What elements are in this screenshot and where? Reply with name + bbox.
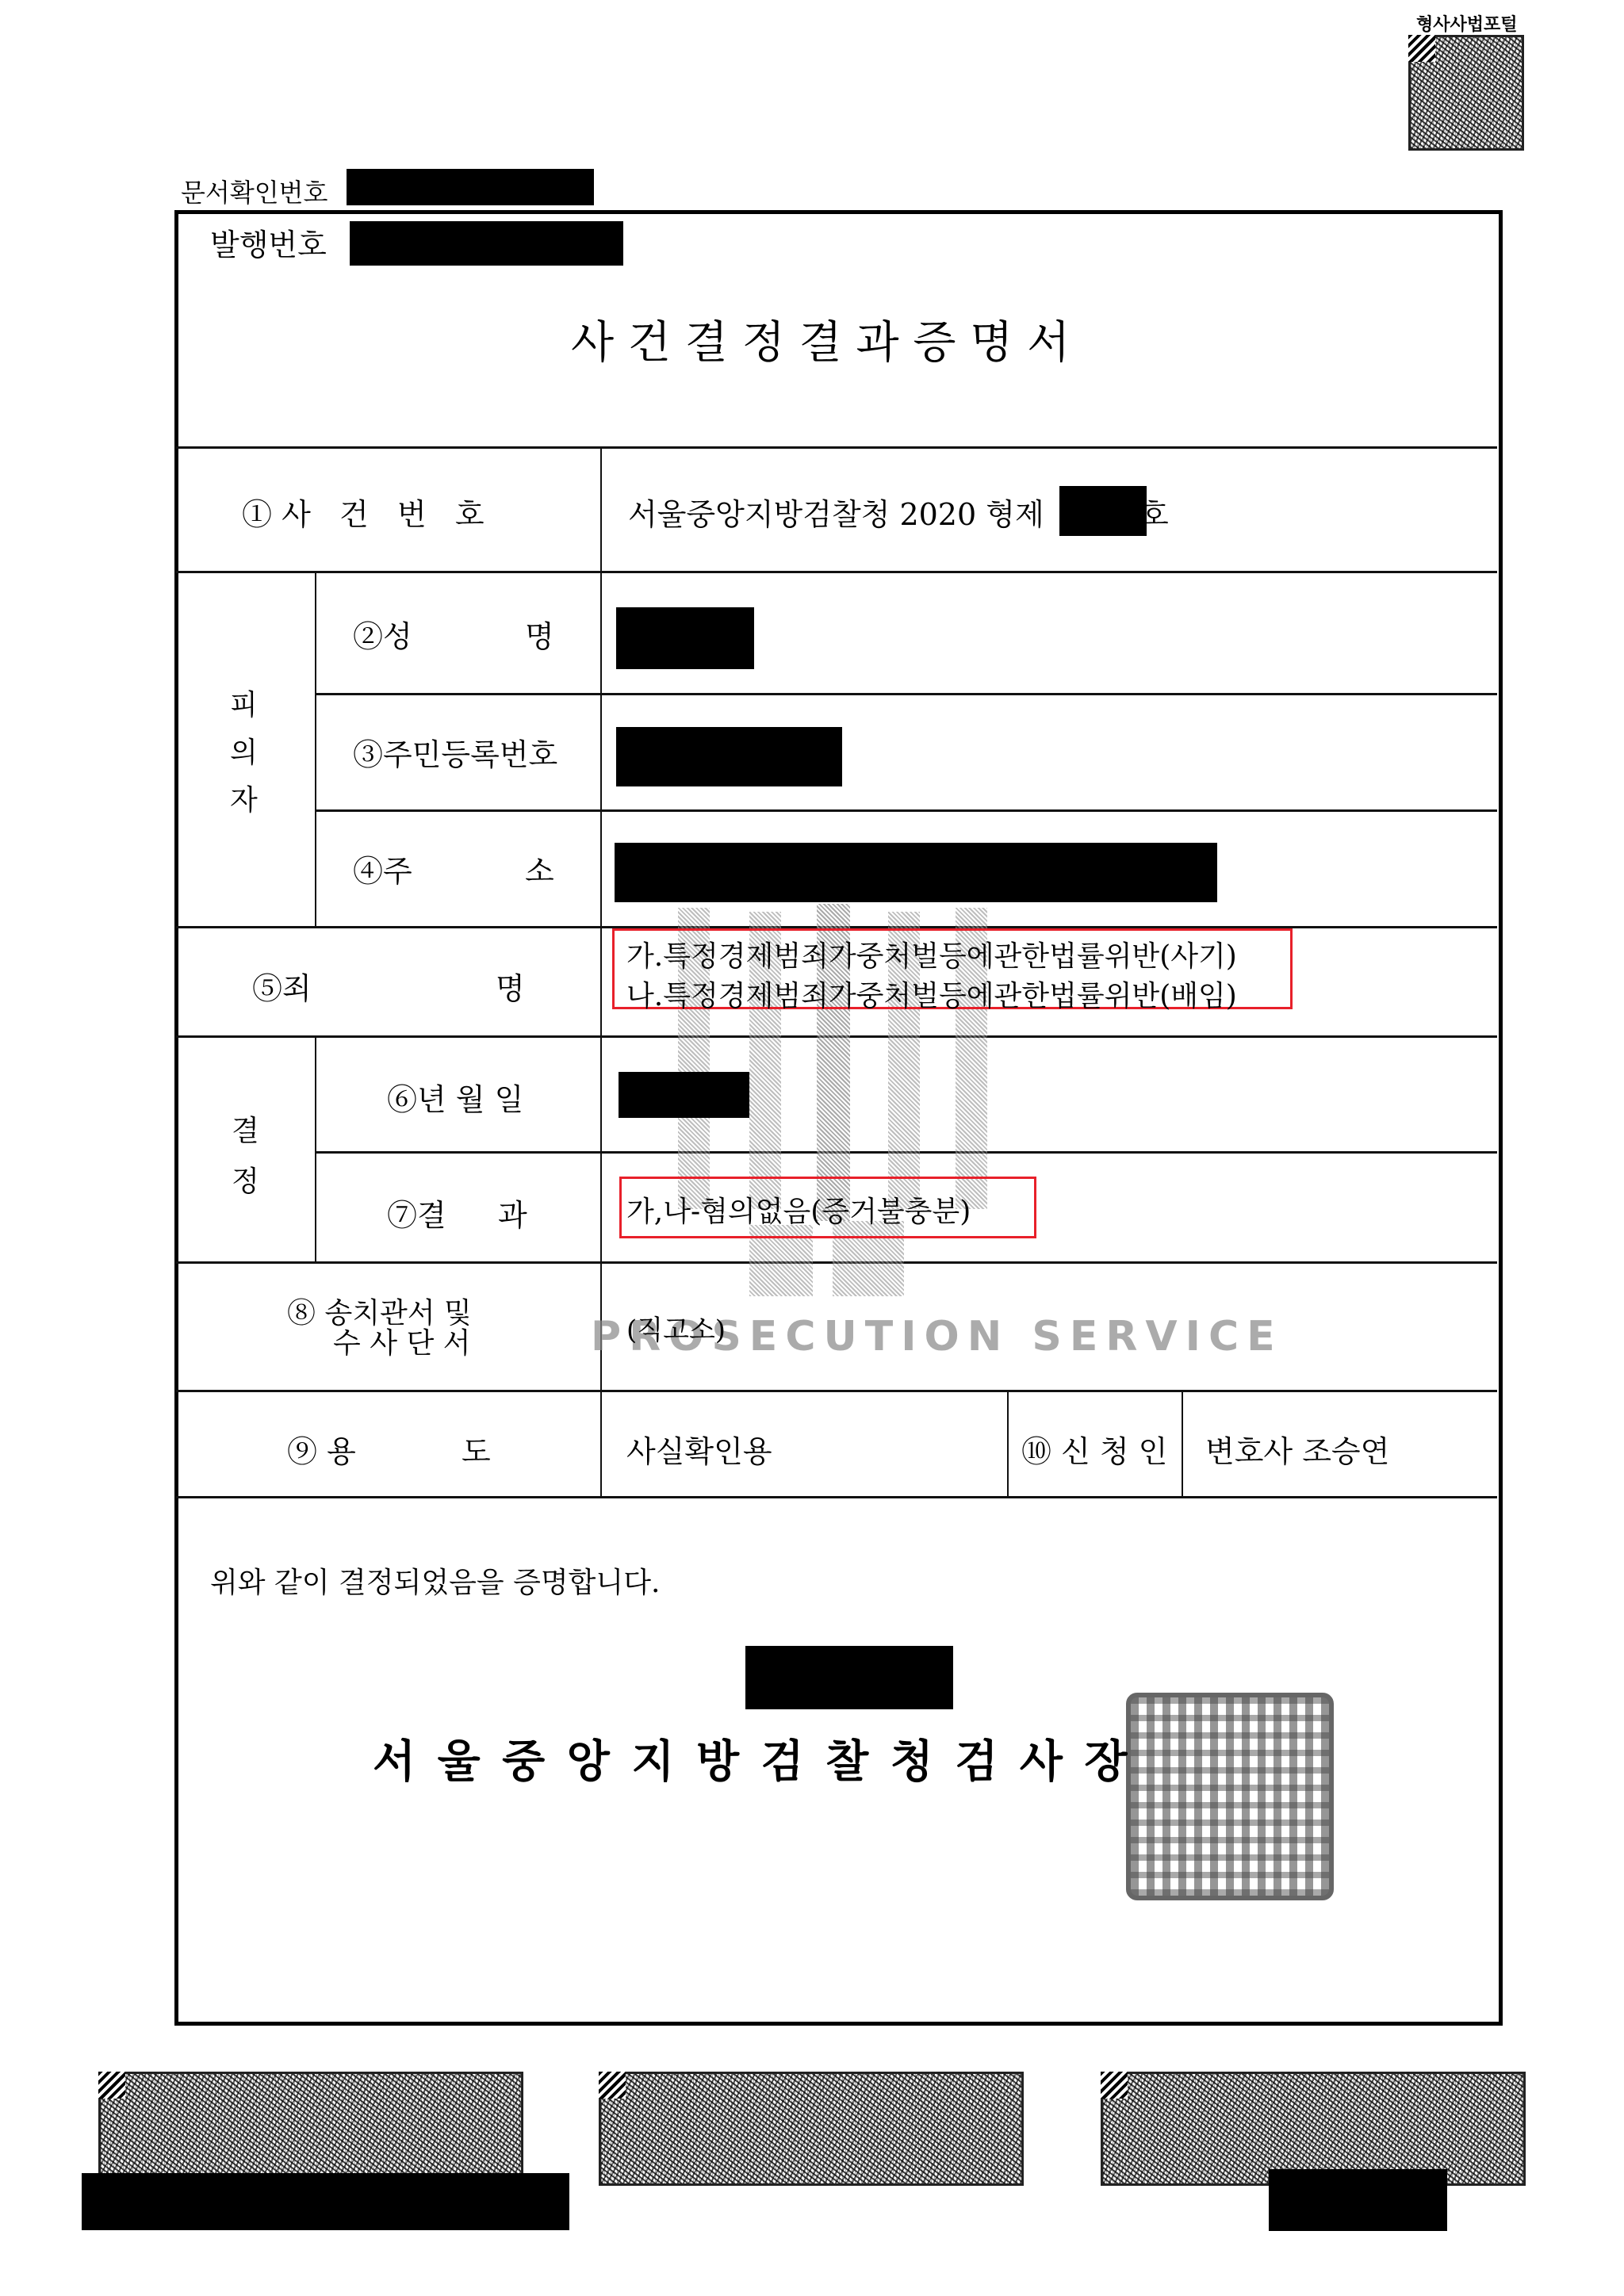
- office-value: (직고소): [626, 1308, 726, 1347]
- issue-no-redaction: [350, 221, 623, 266]
- case-no-redaction: [1059, 486, 1147, 536]
- applicant-label: ⑩ 신 청 인: [1021, 1427, 1167, 1471]
- decision-date-label: ⑥년 월 일: [387, 1075, 523, 1119]
- rule: [316, 809, 1497, 812]
- barcode-redaction-left: [82, 2173, 569, 2230]
- decision-group-label: 결 정: [232, 1106, 259, 1207]
- doc-confirm-redaction: [347, 169, 594, 205]
- portal-qr-code: [1408, 35, 1524, 151]
- rule: [176, 1390, 1497, 1392]
- name-label-end: 명: [525, 612, 554, 656]
- address-redaction: [615, 843, 1217, 902]
- portal-label: 형사사법포털: [1416, 11, 1518, 36]
- result-label: ⑦결: [387, 1191, 446, 1234]
- resident-no-label: ③주민등록번호: [353, 730, 557, 774]
- suspect-group-label: 피 의 자: [230, 682, 258, 825]
- certify-text: 위와 같이 결정되었음을 증명합니다.: [210, 1560, 660, 1601]
- name-label: ②성: [353, 612, 412, 656]
- rule: [176, 446, 1497, 449]
- doc-confirm-label: 문서확인번호: [181, 173, 327, 209]
- purpose-value: 사실확인용: [626, 1427, 772, 1471]
- issue-no-label: 발행번호: [210, 220, 327, 264]
- rule: [1007, 1390, 1009, 1498]
- barcode-1: [98, 2072, 523, 2186]
- address-label: ④주: [353, 847, 412, 890]
- issuer-name: 서 울 중 앙 지 방 검 찰 청 검 사 장: [373, 1727, 1131, 1790]
- result-value: 가,나-혐의없음(증거불충분): [626, 1189, 971, 1230]
- decision-date-redaction: [619, 1072, 749, 1118]
- purpose-label: ⑨ 용: [287, 1427, 356, 1471]
- office-label-line2: 수 사 단 서: [333, 1321, 470, 1361]
- rule: [315, 1035, 316, 1263]
- rule: [316, 693, 1497, 695]
- purpose-label-end: 도: [462, 1427, 491, 1471]
- rule: [315, 571, 316, 928]
- resident-no-redaction: [616, 727, 842, 786]
- case-no-label: ① 사 건 번 호: [242, 490, 485, 534]
- case-no-suffix: 호: [1139, 490, 1169, 534]
- charge-line-b: 나.특정경제범죄가중처벌등에관한법률위반(배임): [626, 974, 1237, 1014]
- official-seal: [1126, 1693, 1334, 1900]
- address-label-end: 소: [525, 847, 554, 890]
- barcode-redaction-right: [1269, 2169, 1447, 2231]
- barcode-2: [599, 2072, 1024, 2186]
- name-redaction: [616, 607, 754, 669]
- rule: [1182, 1390, 1183, 1498]
- rule: [176, 571, 1497, 573]
- result-label-end: 과: [498, 1191, 527, 1234]
- case-no-value: 서울중앙지방검찰청 2020 형제: [628, 490, 1044, 534]
- issuer-name-redaction: [745, 1646, 953, 1709]
- document-title: 사 건 결 정 결 과 증 명 서: [571, 308, 1070, 371]
- rule: [176, 1496, 1497, 1498]
- charge-line-a: 가.특정경제범죄가중처벌등에관한법률위반(사기): [626, 934, 1237, 974]
- applicant-value: 변호사 조승연: [1205, 1427, 1389, 1471]
- charge-label: ⑤죄: [252, 964, 312, 1008]
- charge-label-end: 명: [496, 964, 525, 1008]
